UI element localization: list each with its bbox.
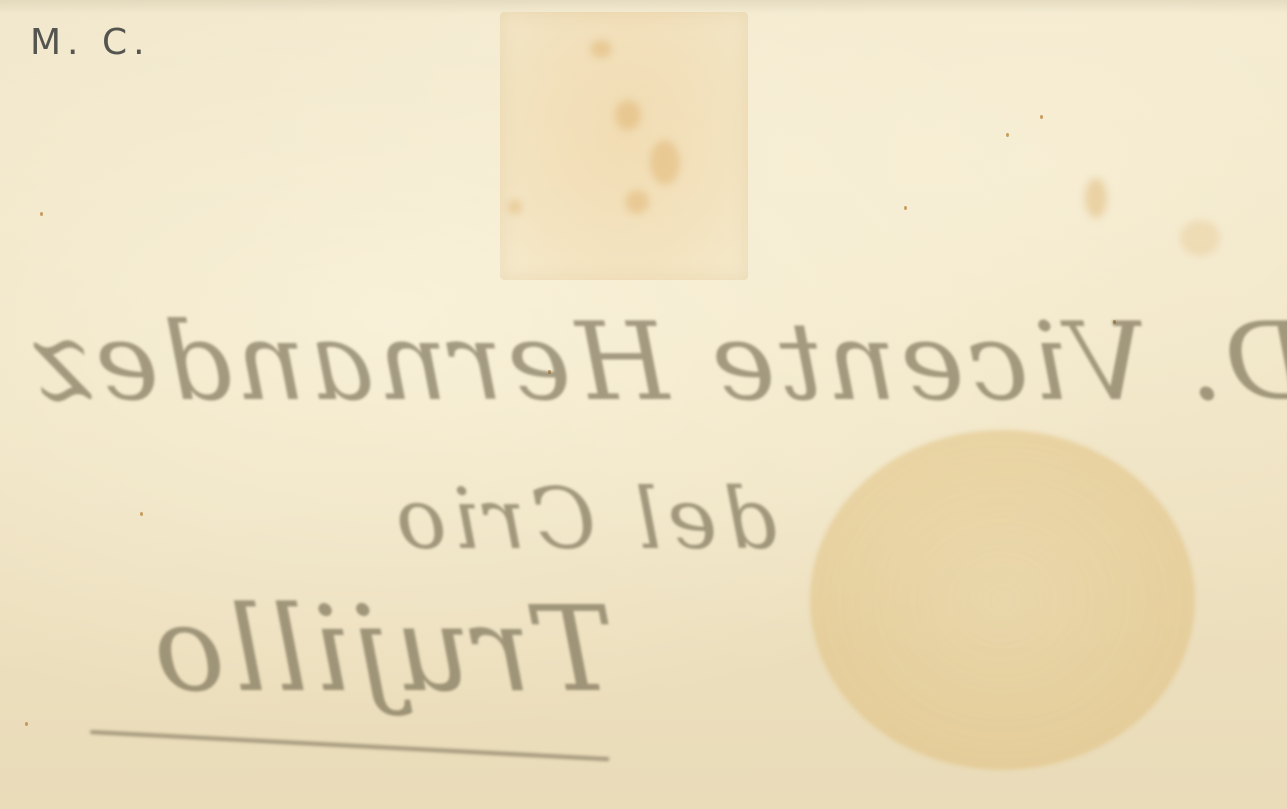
pencil-note: M. C. [30,22,151,63]
speck [904,206,907,210]
speck [25,722,28,726]
mirrored-address-line-3: Trujillo [150,580,614,718]
speck [1040,115,1043,119]
speck [1006,133,1009,137]
mirrored-address-line-1: Sr. D. Vicente Hernandez [30,300,1287,425]
address-underline-flourish [90,730,609,761]
envelope-paper: M. C. Sr. D. Vicente Hernandez del Crio … [0,0,1287,809]
foxing-spot [625,190,649,214]
foxing-spot [1180,220,1220,256]
stamp-residue-stain [500,12,748,280]
foxing-spot [590,40,612,58]
seal-stain [810,430,1195,770]
foxing-spot [1085,178,1107,218]
speck [40,212,43,216]
mirrored-address-line-2: del Crio [390,470,777,568]
foxing-spot [650,140,680,185]
speck [140,512,143,516]
foxing-spot [508,200,522,214]
foxing-spot [615,100,641,130]
